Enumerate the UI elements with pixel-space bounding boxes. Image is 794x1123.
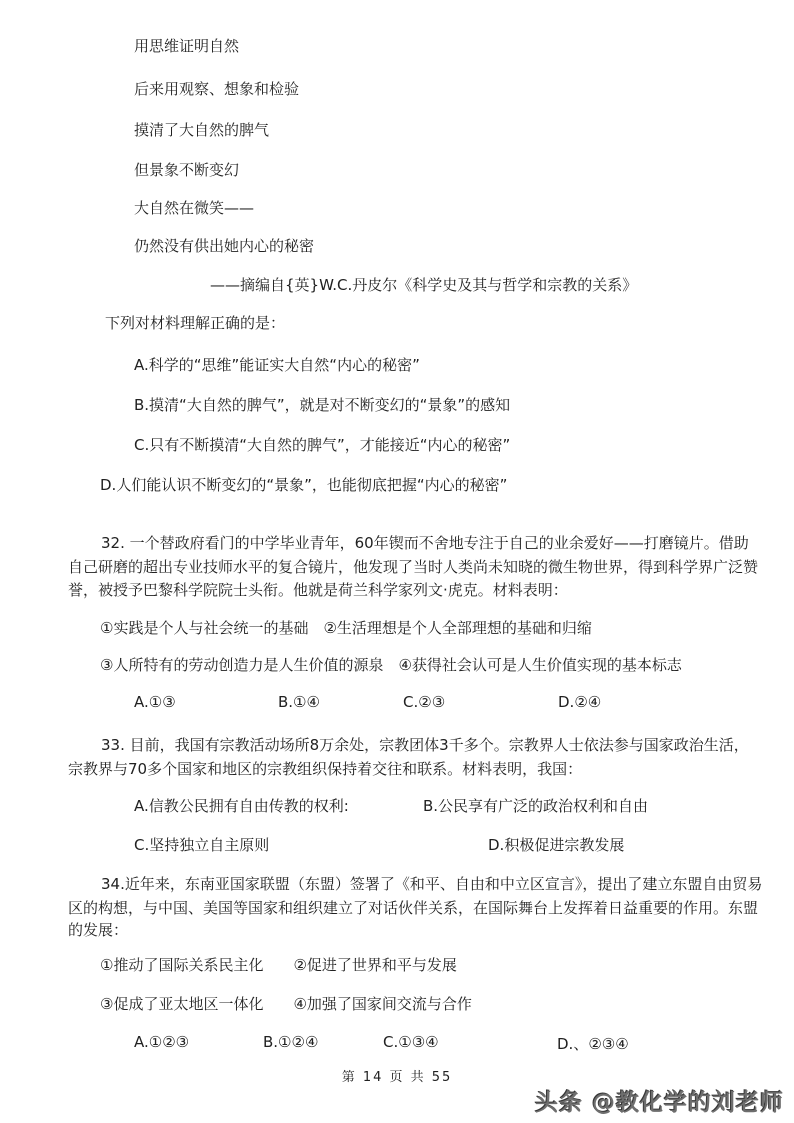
poem-line-4: 但景象不断变幻 (134, 160, 239, 181)
q33-stem-line-1: 33. 目前，我国有宗教活动场所8万余处，宗教团体3千多个。宗教界人士依法参与国… (101, 735, 749, 756)
poem-line-2: 后来用观察、想象和检验 (134, 79, 299, 100)
q33-option-c: C.坚持独立自主原则 (134, 834, 269, 855)
q34-statements-row-1: ①推动了国际关系民主化 ②促进了世界和平与发展 (100, 955, 457, 976)
q31-option-b: B.摸清“大自然的脾气”，就是对不断变幻的“景象”的感知 (134, 395, 510, 416)
q34-stem-line-3: 的发展： (68, 920, 128, 941)
q33-option-b: B.公民享有广泛的政治权利和自由 (423, 795, 648, 816)
q33-option-d: D.积极促进宗教发展 (488, 834, 624, 855)
page-number: 第 14 页 共 55 (0, 1066, 794, 1085)
exam-page: 用思维证明自然 后来用观察、想象和检验 摸清了大自然的脾气 但景象不断变幻 大自… (0, 0, 794, 1123)
q32-choice-b: B.①④ (278, 693, 320, 711)
q34-stem-line-2: 区的构想，与中国、美国等国家和组织建立了对话伙伴关系，在国际舞台上发挥着日益重要… (68, 898, 758, 919)
poem-line-5: 大自然在微笑—— (134, 198, 254, 219)
q32-stem-line-1: 32. 一个替政府看门的中学毕业青年，60年锲而不舍地专注于自己的业余爱好——打… (101, 533, 749, 554)
q31-option-a: A.科学的“思维”能证实大自然“内心的秘密” (134, 355, 420, 376)
q34-statements-row-2: ③促成了亚太地区一体化 ④加强了国家间交流与合作 (100, 994, 472, 1015)
q31-option-c: C.只有不断摸清“大自然的脾气”，才能接近“内心的秘密” (134, 435, 510, 456)
poem-attribution: ——摘编自{英}W.C.丹皮尔《科学史及其与哲学和宗教的关系》 (210, 275, 637, 296)
q34-choice-a: A.①②③ (134, 1033, 189, 1051)
q32-stem-line-3: 誉，被授予巴黎科学院院士头衔。他就是荷兰科学家列文·虎克。材料表明： (68, 580, 568, 601)
q33-stem-line-2: 宗教界与70多个国家和地区的宗教组织保持着交往和联系。材料表明，我国： (68, 759, 582, 780)
q32-statements-row-1: ①实践是个人与社会统一的基础 ②生活理想是个人全部理想的基础和归缩 (100, 618, 592, 639)
q34-stem-line-1: 34.近年来，东南亚国家联盟（东盟）签署了《和平、自由和中立区宣言》，提出了建立… (101, 874, 762, 895)
q32-statements-row-2: ③人所特有的劳动创造力是人生价值的源泉 ④获得社会认可是人生价值实现的基本标志 (100, 655, 682, 676)
poem-line-3: 摸清了大自然的脾气 (134, 120, 269, 141)
q34-choice-d: D.、②③④ (557, 1033, 629, 1054)
watermark-text: 头条 @教化学的刘老师 (535, 1084, 784, 1117)
q32-choice-a: A.①③ (134, 693, 176, 711)
q31-prompt: 下列对材料理解正确的是： (105, 313, 285, 334)
q33-option-a: A.信教公民拥有自由传教的权利: (134, 795, 349, 816)
q31-option-d: D.人们能认识不断变幻的“景象”，也能彻底把握“内心的秘密” (100, 475, 507, 496)
q34-choice-b: B.①②④ (263, 1033, 318, 1051)
poem-line-6: 仍然没有供出她内心的秘密 (134, 236, 314, 257)
q32-choice-d: D.②④ (558, 693, 601, 711)
q32-choice-c: C.②③ (403, 693, 445, 711)
poem-line-1: 用思维证明自然 (134, 36, 239, 57)
q32-stem-line-2: 自己研磨的超出专业技师水平的复合镜片，他发现了当时人类尚未知晓的微生物世界，得到… (68, 557, 758, 578)
q34-choice-c: C.①③④ (383, 1033, 439, 1051)
